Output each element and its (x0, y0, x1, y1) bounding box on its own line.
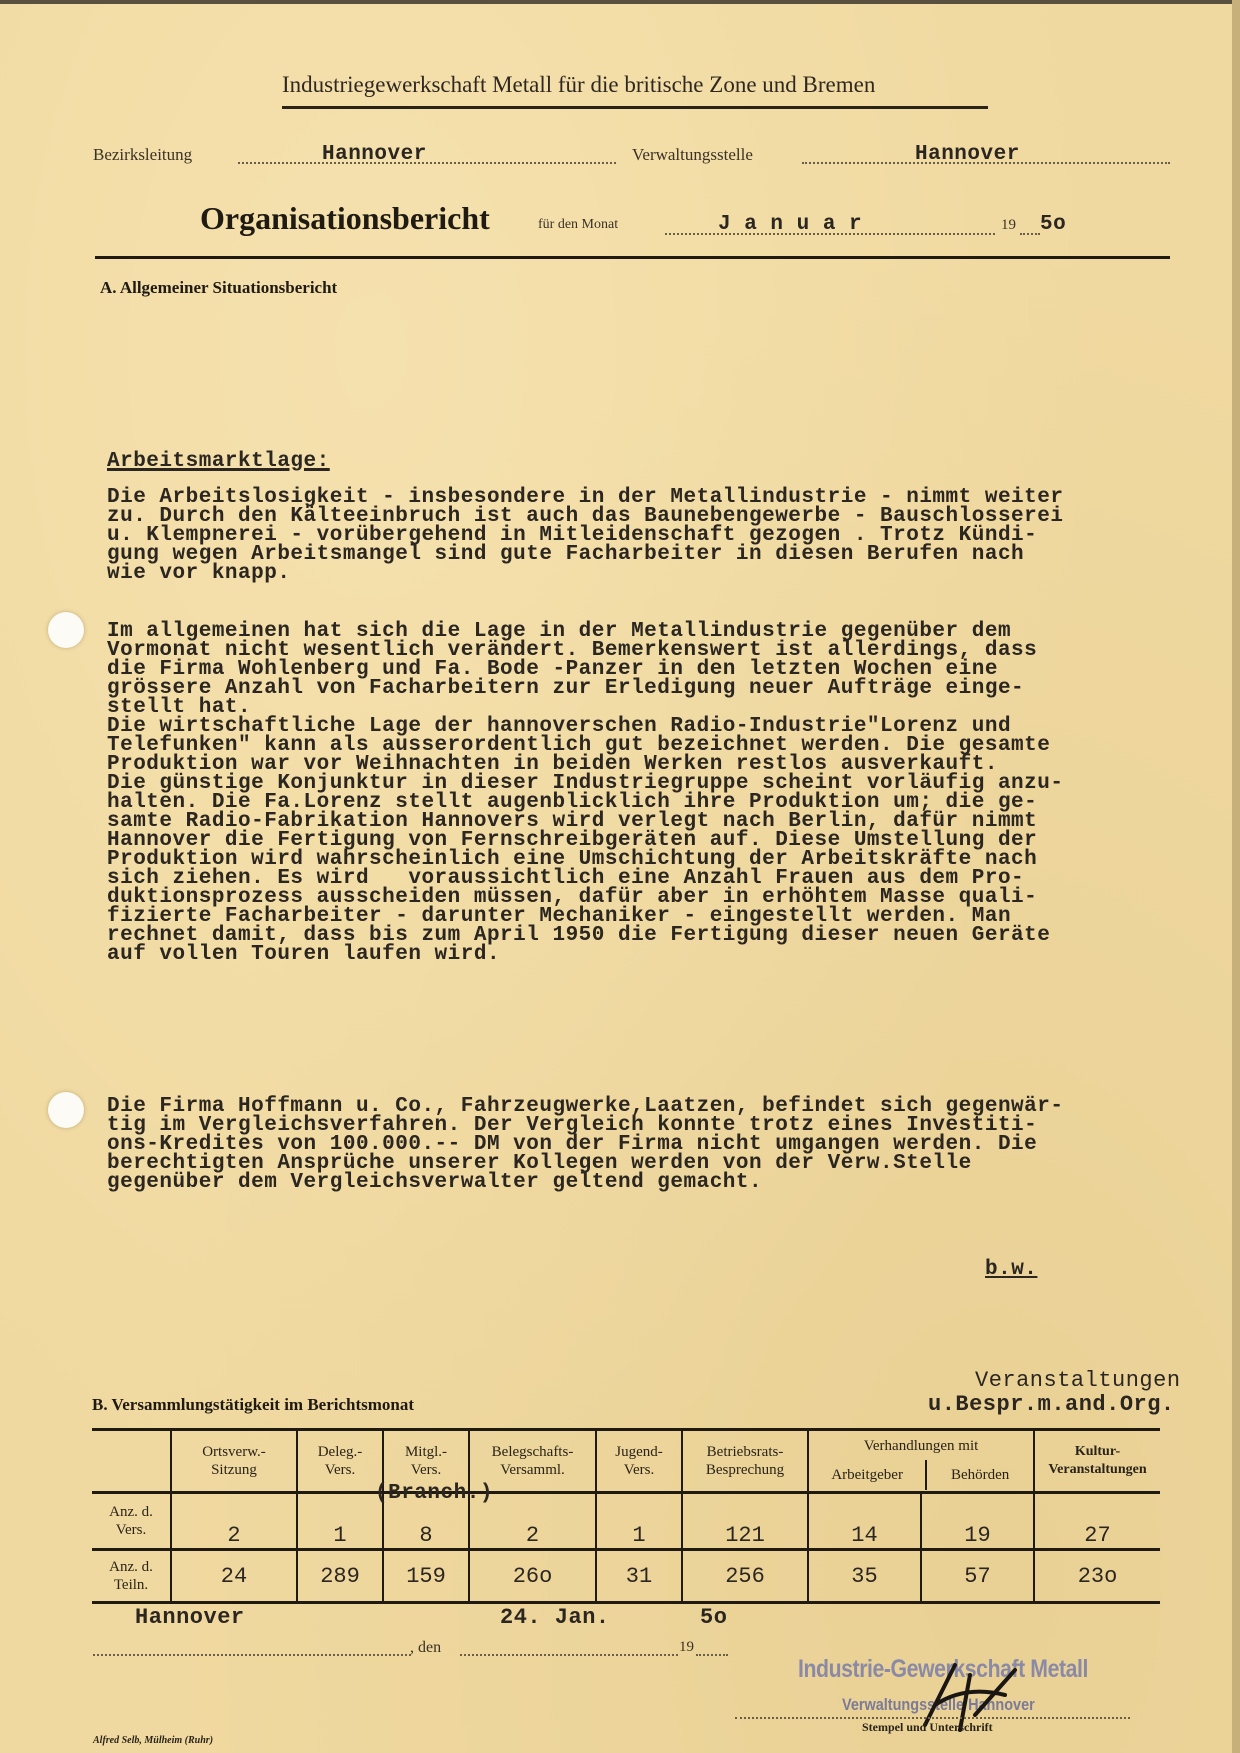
table-cell: 1 (297, 1493, 383, 1550)
header-empty-cell (92, 1430, 171, 1493)
month-label: für den Monat (538, 217, 618, 233)
column-header: Ortsverw.- Sitzung (171, 1430, 297, 1493)
year-field-line (1020, 233, 1040, 235)
typed-branch-note: (Branch.) (375, 1482, 493, 1505)
column-header-kultur: Kultur- Veranstaltungen (1034, 1430, 1160, 1493)
column-header: Jugend- Vers. (596, 1430, 682, 1493)
row-label: Anz. d. Vers. (92, 1493, 171, 1550)
section-heading-arbeitsmarktlage: Arbeitsmarktlage: (107, 450, 330, 473)
table-cell: 31 (596, 1550, 682, 1603)
table-cell: 24 (171, 1550, 297, 1603)
table-cell: 27 (1034, 1493, 1160, 1550)
table-cell: 35 (808, 1550, 921, 1603)
subheader-behoerden: Behörden (927, 1460, 1033, 1490)
date-field-line (460, 1654, 678, 1656)
column-header: Deleg.- Vers. (297, 1430, 383, 1493)
signature-place: Hannover (135, 1605, 245, 1630)
bezirksleitung-value: Hannover (322, 143, 427, 166)
table-cell: 2 (171, 1493, 297, 1550)
section-b-title: B. Versammlungstätigkeit im Berichtsmona… (92, 1395, 414, 1415)
den-label: , den (410, 1639, 441, 1657)
table-row: Anz. d. Teiln. 24 289 159 26o 31 256 35 … (92, 1550, 1160, 1603)
column-header-verhandlungen: Verhandlungen mit Arbeitgeber Behörden (808, 1430, 1034, 1493)
bezirksleitung-label: Bezirksleitung (93, 145, 192, 165)
punch-hole (48, 612, 84, 648)
table-header-row: Ortsverw.- Sitzung Deleg.- Vers. Mitgl.-… (92, 1430, 1160, 1493)
signature-line (735, 1717, 1130, 1719)
row-label: Anz. d. Teiln. (92, 1550, 171, 1603)
year-prefix: 19 (1001, 217, 1016, 234)
verwaltungsstelle-label: Verwaltungsstelle (632, 145, 753, 165)
table-cell: 19 (921, 1493, 1034, 1550)
verwaltungsstelle-value: Hannover (915, 143, 1020, 166)
column-header: Betriebsrats- Besprechung (682, 1430, 808, 1493)
section-a-title: A. Allgemeiner Situationsbericht (100, 278, 337, 298)
table-row: Anz. d. Vers. 2 1 8 2 1 121 14 19 27 (92, 1493, 1160, 1550)
place-field-line (93, 1654, 411, 1656)
table-cell: 57 (921, 1550, 1034, 1603)
continuation-mark: b.w. (985, 1258, 1037, 1281)
paragraph-arbeitslosigkeit: Die Arbeitslosigkeit - insbesondere in d… (107, 488, 1237, 583)
table-cell: 121 (682, 1493, 808, 1550)
paragraph-metallindustrie: Im allgemeinen hat sich die Lage in der … (107, 622, 1237, 964)
table-cell: 1 (596, 1493, 682, 1550)
bezirksleitung-field-line (238, 162, 616, 164)
report-title: Organisationsbericht (200, 200, 490, 237)
organization-underline (282, 106, 988, 109)
organization-name: Industriegewerkschaft Metall für die bri… (282, 72, 875, 98)
group-header-verhandlungen: Verhandlungen mit (809, 1432, 1033, 1460)
year-value: 5o (1040, 213, 1066, 236)
page-top-edge (0, 0, 1240, 4)
typed-annotation-bespr: u.Bespr.m.and.Org. (928, 1392, 1175, 1417)
typed-annotation-veranstaltungen: Veranstaltungen (975, 1368, 1181, 1393)
title-rule (95, 256, 1170, 259)
meeting-statistics-table: Ortsverw.- Sitzung Deleg.- Vers. Mitgl.-… (92, 1428, 1160, 1604)
stamp-signature-label: Stempel und Unterschrift (862, 1720, 993, 1735)
punch-hole (48, 1092, 84, 1128)
table-cell: 256 (682, 1550, 808, 1603)
table-cell: 159 (383, 1550, 469, 1603)
year-field-line (696, 1654, 728, 1656)
subheader-arbeitgeber: Arbeitgeber (809, 1460, 925, 1490)
table-cell: 14 (808, 1493, 921, 1550)
month-value: J a n u a r (718, 213, 862, 236)
table-cell: 26o (469, 1550, 596, 1603)
signature-year: 5o (700, 1605, 727, 1630)
signature-year-prefix: 19 (679, 1639, 694, 1656)
table-cell: 23o (1034, 1550, 1160, 1603)
signature-date: 24. Jan. (500, 1605, 610, 1630)
printer-credit: Alfred Selb, Mülheim (Ruhr) (93, 1735, 213, 1746)
paragraph-hoffmann: Die Firma Hoffmann u. Co., Fahrzeugwerke… (107, 1097, 1237, 1192)
table-cell: 289 (297, 1550, 383, 1603)
